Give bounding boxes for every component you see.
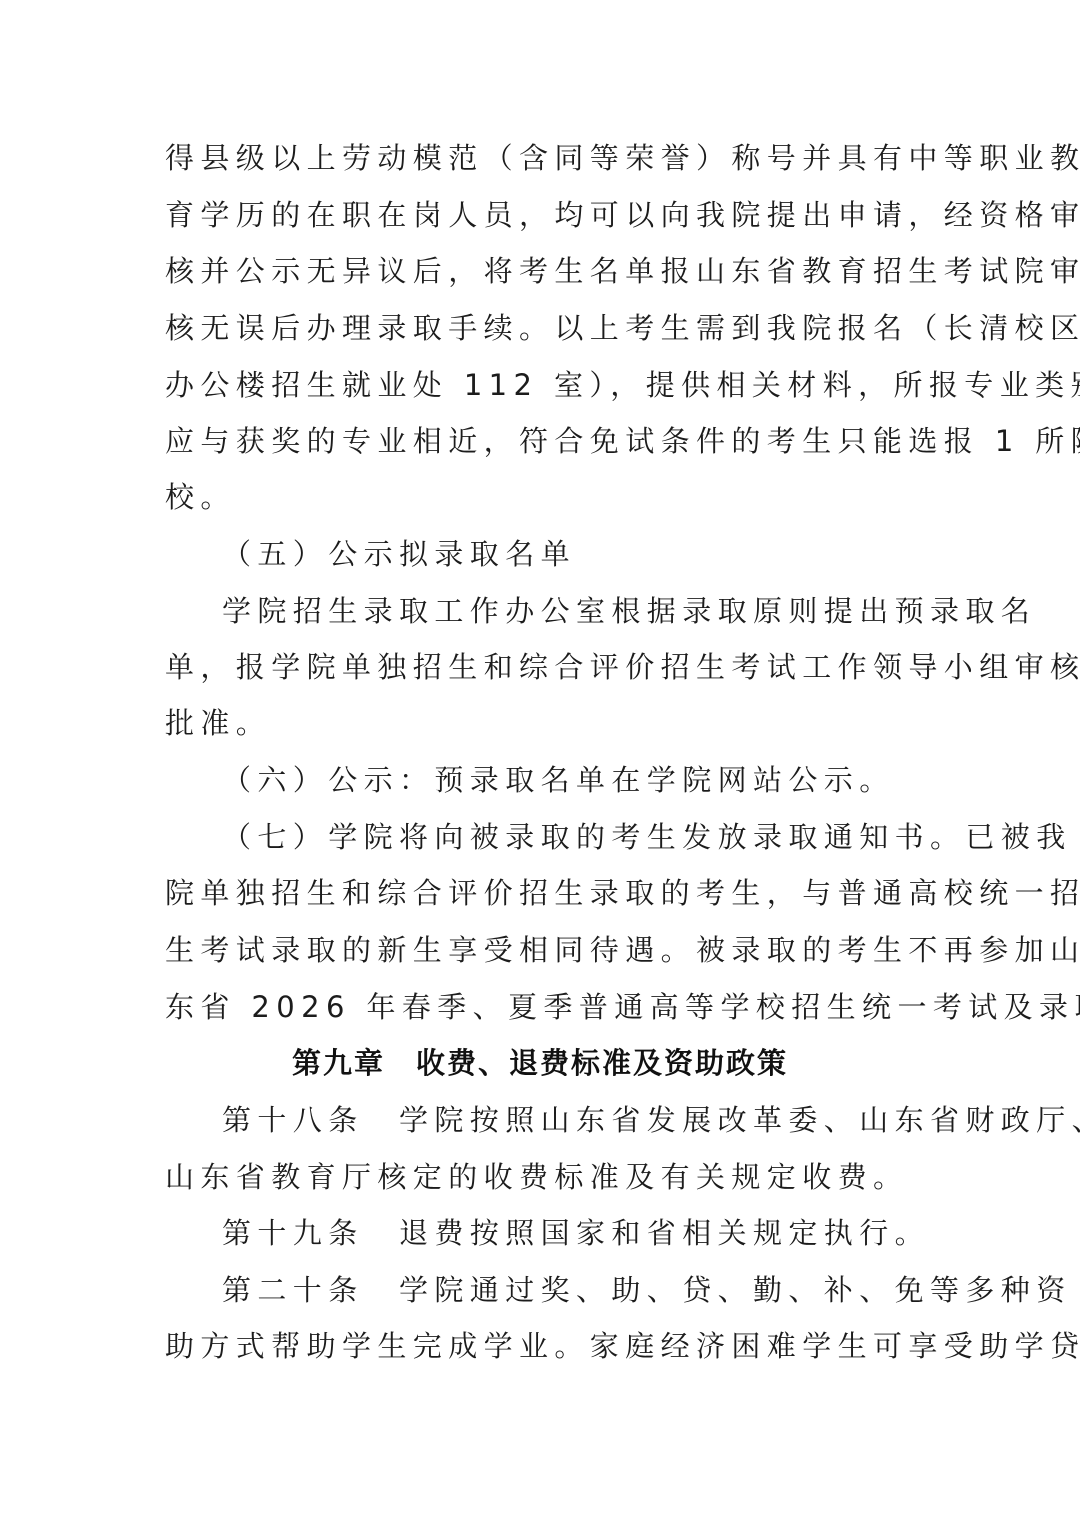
body-line-11: 批准。 (165, 703, 925, 743)
body-line-5: 办公楼招生就业处 112 室），提供相关材料，所报专业类别 (165, 365, 925, 405)
article-18-line-2: 山东省教育厅核定的收费标准及有关规定收费。 (165, 1157, 925, 1197)
body-line-15: 生考试录取的新生享受相同待遇。被录取的考生不再参加山 (165, 930, 925, 970)
body-line-16: 东省 2026 年春季、夏季普通高等学校招生统一考试及录取。 (165, 987, 925, 1027)
body-line-7: 校。 (165, 477, 925, 517)
body-line-9: 学院招生录取工作办公室根据录取原则提出预录取名 (222, 591, 982, 631)
document-page: 得县级以上劳动模范（含同等荣誉）称号并具有中等职业教 育学历的在职在岗人员，均可… (0, 0, 1080, 1527)
section-heading-5: （五）公示拟录取名单 (222, 534, 982, 574)
body-line-14: 院单独招生和综合评价招生录取的考生，与普通高校统一招 (165, 873, 925, 913)
body-line-1: 得县级以上劳动模范（含同等荣誉）称号并具有中等职业教 (165, 138, 925, 178)
article-20-line-2: 助方式帮助学生完成学业。家庭经济困难学生可享受助学贷 (165, 1326, 925, 1366)
body-line-4: 核无误后办理录取手续。以上考生需到我院报名（长清校区 (165, 308, 925, 348)
article-20-line-1: 第二十条 学院通过奖、助、贷、勤、补、免等多种资 (222, 1270, 982, 1310)
article-19: 第十九条 退费按照国家和省相关规定执行。 (222, 1213, 982, 1253)
article-18-line-1: 第十八条 学院按照山东省发展改革委、山东省财政厅、 (222, 1100, 982, 1140)
body-line-6: 应与获奖的专业相近，符合免试条件的考生只能选报 1 所院 (165, 421, 925, 461)
section-item-6: （六）公示：预录取名单在学院网站公示。 (222, 760, 982, 800)
chapter-heading: 第九章 收费、退费标准及资助政策 (0, 1043, 1080, 1083)
body-line-2: 育学历的在职在岗人员，均可以向我院提出申请，经资格审 (165, 195, 925, 235)
section-item-7: （七）学院将向被录取的考生发放录取通知书。已被我 (222, 817, 982, 857)
body-line-10: 单，报学院单独招生和综合评价招生考试工作领导小组审核、 (165, 647, 925, 687)
body-line-3: 核并公示无异议后，将考生名单报山东省教育招生考试院审 (165, 251, 925, 291)
